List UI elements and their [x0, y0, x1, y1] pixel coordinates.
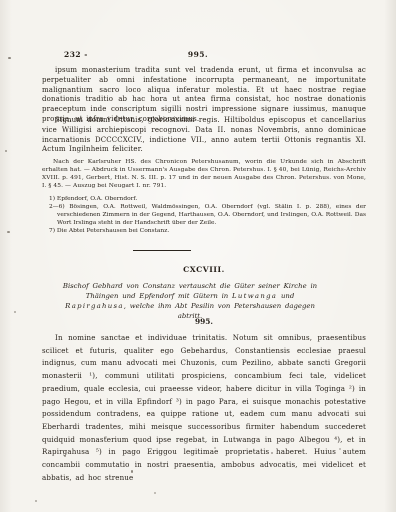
divider-rule: [133, 250, 191, 251]
entry-title-placename: Lutwanga: [232, 292, 277, 300]
footnote-block: 1) Epfendorf, O.A. Oberndorf. 2—6) Bösin…: [42, 195, 366, 235]
footnote-text: Epfendorf, O.A. Oberndorf.: [57, 196, 137, 202]
running-head-number: 995.: [0, 50, 396, 59]
scan-speck: [214, 447, 216, 449]
entry-title-placename: Rapirgahusa: [65, 302, 124, 310]
scan-speck: [105, 436, 107, 438]
footnote-text: Die Abtei Petershausen bei Constanz.: [57, 228, 169, 234]
footnote-label: 2—6): [49, 204, 65, 210]
scan-speck: [154, 492, 156, 494]
entry-body-latin: In nomine sanctae et individuae trinitat…: [42, 332, 366, 484]
scan-speck: [14, 311, 16, 313]
scan-speck: [35, 500, 37, 502]
scan-speck: [131, 470, 133, 473]
entry-number: CXCVIII.: [42, 265, 366, 274]
scan-speck: [8, 57, 11, 59]
section-divider: [0, 250, 324, 251]
scan-speck: [7, 231, 10, 233]
footnote: 1) Epfendorf, O.A. Oberndorf.: [42, 195, 366, 203]
footnote: 2—6) Bösingen, O.A. Rottweil, Waldmössin…: [42, 203, 366, 227]
footnote-label: 1): [49, 196, 55, 202]
footnote-text: Bösingen, O.A. Rottweil, Waldmössingen, …: [57, 204, 366, 226]
page-header: 232 - 995.: [0, 50, 396, 62]
entry-title: Bischof Gebhard von Constanz vertauscht …: [56, 281, 324, 321]
source-note: Nach der Karlsruher HS. des Chronicon Pe…: [42, 158, 366, 190]
entry-title-text: und: [277, 292, 294, 300]
scan-speck: [64, 455, 66, 457]
entry-year: 995.: [42, 317, 366, 326]
scan-speck: [339, 448, 341, 450]
footnote: 7) Die Abtei Petershausen bei Constanz.: [42, 227, 366, 235]
footnote-label: 7): [49, 228, 55, 234]
charter-signum-paragraph: Signum domni Ottonis, gloriosissimi regi…: [42, 116, 366, 155]
scan-speck: [5, 150, 7, 152]
scan-speck: [271, 452, 273, 454]
